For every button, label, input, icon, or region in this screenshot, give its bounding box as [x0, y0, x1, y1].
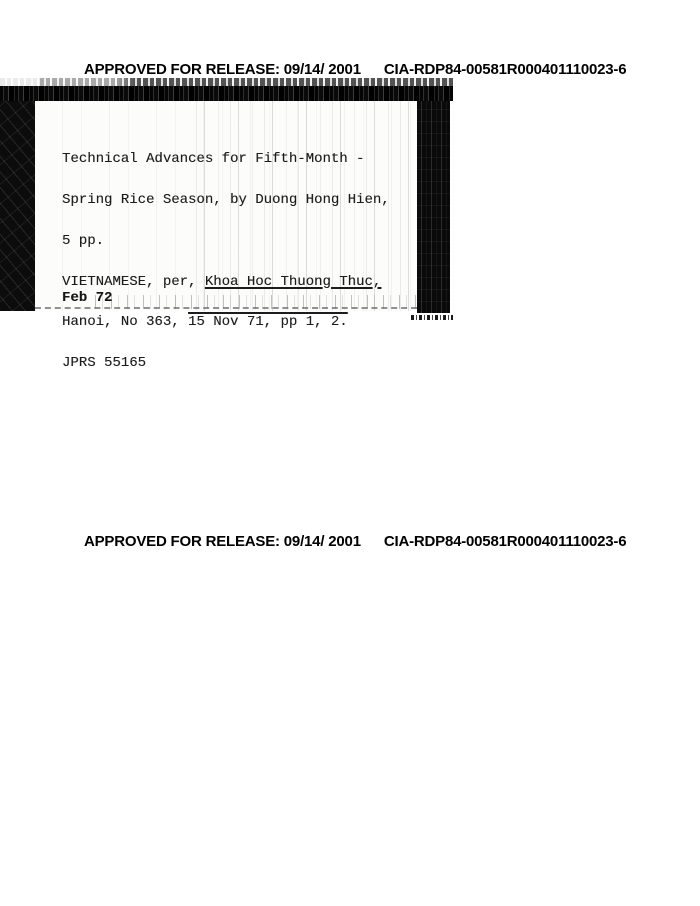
scan-black-margin-left — [0, 101, 35, 311]
document-page: APPROVED FOR RELEASE: 09/14/ 2001 CIA-RD… — [0, 0, 700, 906]
scanned-index-card-region: Technical Advances for Fifth-Month - Spr… — [0, 78, 455, 324]
document-id: CIA-RDP84-00581R000401110023-6 — [384, 61, 627, 78]
scan-bottom-right-marks — [411, 315, 453, 320]
release-text: APPROVED FOR RELEASE: 09/14/ 2001 — [84, 533, 361, 550]
scan-black-margin-right — [417, 101, 450, 313]
date-stamp: Feb 72 — [62, 290, 112, 306]
citation-jprs-number: JPRS 55165 — [62, 357, 390, 371]
citation-title-line-2: Spring Rice Season, by Duong Hong Hien, — [62, 194, 390, 208]
approval-header-bottom: APPROVED FOR RELEASE: 09/14/ 2001 CIA-RD… — [84, 533, 626, 550]
document-id: CIA-RDP84-00581R000401110023-6 — [384, 533, 627, 550]
citation-language-line: VIETNAMESE, per, Khoa Hoc Thuong Thuc, — [62, 276, 390, 290]
scan-black-band — [0, 86, 453, 101]
typed-citation: Technical Advances for Fifth-Month - Spr… — [62, 126, 390, 398]
language-label: VIETNAMESE, per, — [62, 274, 205, 290]
source-city-issue: Hanoi, No 363, — [62, 314, 188, 330]
publication-title: Khoa Hoc Thuong Thuc, — [205, 274, 381, 290]
approval-header-top: APPROVED FOR RELEASE: 09/14/ 2001 CIA-RD… — [84, 61, 626, 78]
index-card: Technical Advances for Fifth-Month - Spr… — [35, 101, 417, 311]
citation-page-count: 5 pp. — [62, 235, 390, 249]
citation-title-line-1: Technical Advances for Fifth-Month - — [62, 153, 390, 167]
release-text: APPROVED FOR RELEASE: 09/14/ 2001 — [84, 61, 361, 78]
source-date-pages: 15 Nov 71, pp 1, 2. — [188, 314, 348, 330]
citation-source-line: Hanoi, No 363, 15 Nov 71, pp 1, 2. — [62, 316, 390, 330]
